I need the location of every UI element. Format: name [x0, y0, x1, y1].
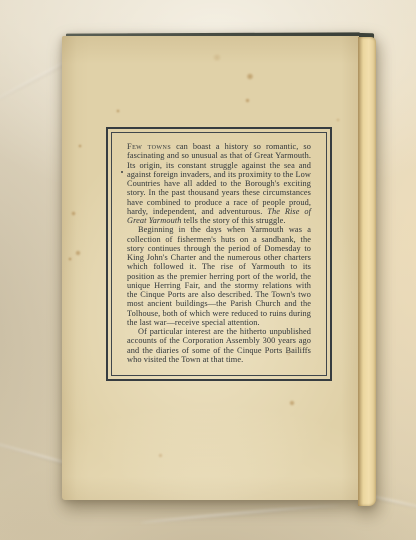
- foxing-spot: [78, 144, 82, 148]
- blurb-border-box: Few towns can boast a history so romanti…: [106, 127, 332, 381]
- dust-jacket: Few towns can boast a history so romanti…: [62, 36, 359, 500]
- blurb-text: Few towns can boast a history so romanti…: [112, 133, 326, 375]
- foxing-spot: [336, 118, 340, 122]
- fabric-crease: [140, 503, 340, 524]
- blurb-paragraph-3: Of particular interest are the hitherto …: [127, 327, 311, 364]
- foxing-spot: [68, 257, 72, 261]
- foxing-spot: [158, 453, 163, 458]
- lead-small-caps: Few towns: [127, 142, 171, 151]
- photo-backdrop: Few towns can boast a history so romanti…: [0, 0, 416, 540]
- blurb-paragraph-1: Few towns can boast a history so romanti…: [127, 142, 311, 225]
- foxing-spot: [289, 400, 295, 406]
- paragraph-1-tail: tells the story of this struggle.: [182, 216, 286, 225]
- paragraph-1-body: can boast a history so romantic, so fasc…: [127, 142, 311, 216]
- foxing-spot: [71, 211, 76, 216]
- foxing-spot: [245, 98, 250, 103]
- foxing-spot: [212, 54, 222, 61]
- book-page-fore-edge: [358, 37, 376, 506]
- book-back-cover: Few towns can boast a history so romanti…: [62, 32, 376, 506]
- foxing-spot: [75, 250, 81, 256]
- foxing-spot: [116, 109, 120, 113]
- blurb-paragraph-2: Beginning in the days when Yarmouth was …: [127, 225, 311, 327]
- foxing-spot: [246, 73, 254, 80]
